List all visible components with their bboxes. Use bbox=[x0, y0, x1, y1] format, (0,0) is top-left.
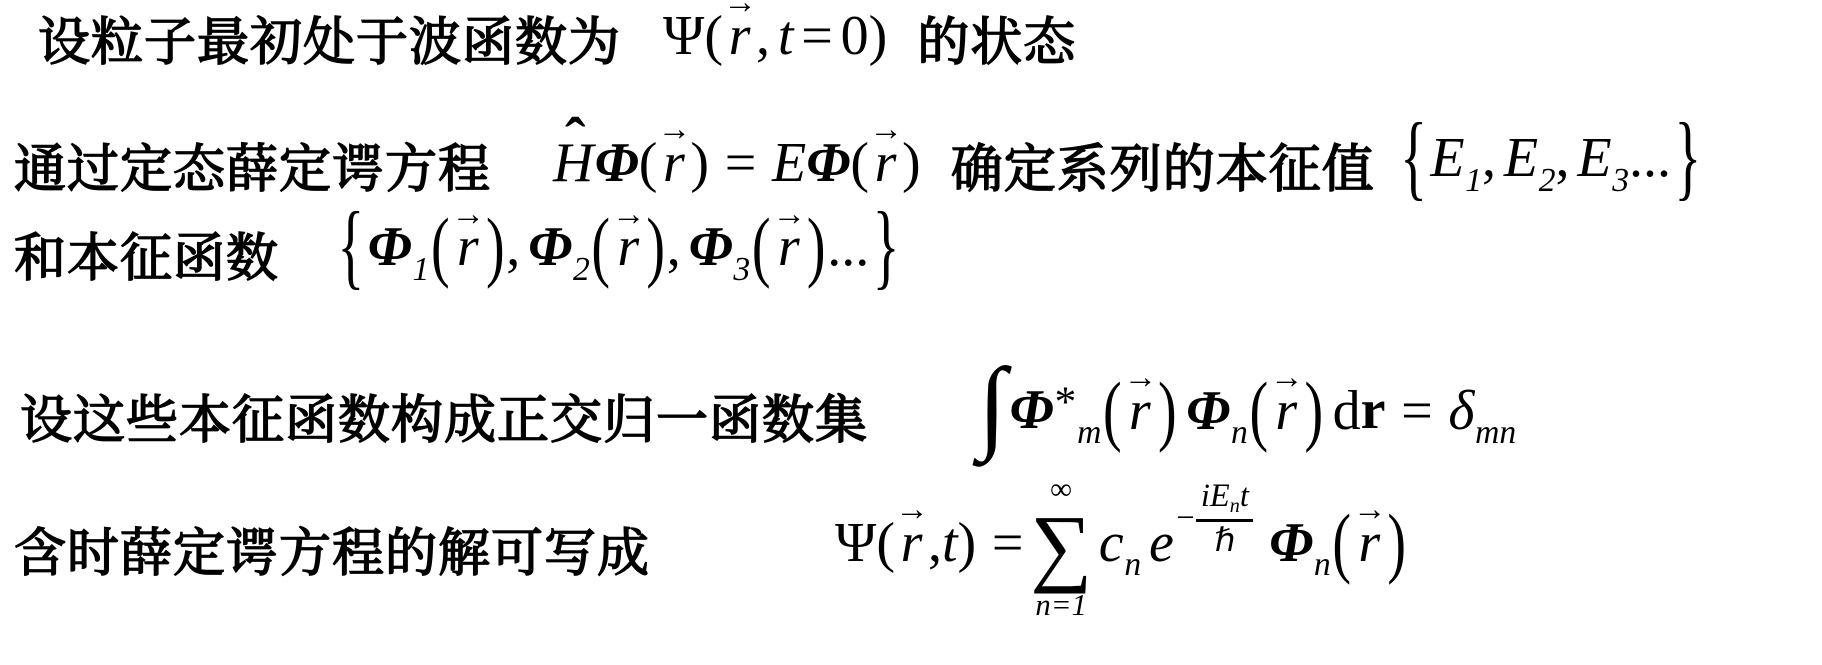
comma: , bbox=[1556, 127, 1570, 189]
line1-text-after: 的状态 bbox=[917, 0, 1076, 75]
equals-sign: = bbox=[725, 132, 757, 194]
subscript-3: 3 bbox=[1612, 162, 1629, 199]
t-symbol: t bbox=[1240, 478, 1249, 514]
phi-symbol: Φ bbox=[595, 132, 639, 194]
left-brace: { bbox=[337, 196, 364, 301]
subscript-1: 1 bbox=[1465, 162, 1482, 199]
line2-text-middle: 确定系列的本征值 bbox=[951, 127, 1375, 202]
E-symbol: E bbox=[1430, 127, 1464, 189]
line2-text-before: 通过定态薛定谔方程 bbox=[14, 127, 491, 202]
vector-arrow-icon: → bbox=[1353, 492, 1387, 529]
vector-r: →r bbox=[663, 133, 685, 195]
t-symbol: t bbox=[942, 512, 958, 574]
phi-symbol: Φ bbox=[806, 132, 850, 194]
equals-sign: = bbox=[801, 5, 833, 67]
lparen: ( bbox=[752, 205, 771, 291]
fraction-numerator: iEnt bbox=[1196, 480, 1253, 519]
lparen: ( bbox=[591, 205, 610, 291]
comma: , bbox=[928, 512, 942, 574]
line-initial-state: 设粒子最初处于波函数为 Ψ(→r,t=0) 的状态 bbox=[38, 2, 1076, 72]
subscript-2: 2 bbox=[573, 251, 590, 288]
exponent-phase-factor: −iEntℏ bbox=[1176, 480, 1253, 557]
subscript-mn: mn bbox=[1475, 414, 1516, 451]
subscript-n: n bbox=[1230, 495, 1240, 517]
comma: , bbox=[756, 5, 770, 67]
vector-r: →r bbox=[875, 133, 897, 195]
vector-arrow-icon: → bbox=[1270, 360, 1304, 397]
vector-arrow-icon: → bbox=[451, 197, 485, 234]
lparen: ( bbox=[704, 5, 723, 67]
line5-text-before: 含时薛定谔方程的解可写成 bbox=[14, 511, 650, 586]
initial-wavefunction-formula: Ψ(→r,t=0) bbox=[663, 6, 887, 68]
psi-symbol: Ψ bbox=[663, 5, 704, 67]
vector-arrow-icon: → bbox=[895, 492, 929, 529]
vector-r: →r bbox=[457, 217, 479, 279]
vector-arrow-icon: → bbox=[772, 197, 806, 234]
subscript-n: n bbox=[1124, 546, 1141, 583]
fraction-denominator: ℏ bbox=[1196, 519, 1253, 557]
vector-r: →r bbox=[901, 513, 923, 575]
eigenvalue-set-formula: {E1,E2,E3...} bbox=[1397, 128, 1705, 199]
zero: 0 bbox=[841, 5, 869, 67]
right-brace: } bbox=[873, 196, 900, 301]
rparen: ) bbox=[807, 205, 826, 291]
line3-text-before: 和本征函数 bbox=[14, 216, 279, 291]
lparen: ( bbox=[876, 512, 895, 574]
ellipsis: ... bbox=[827, 216, 869, 278]
phi-symbol: Φ bbox=[689, 216, 733, 278]
complex-conjugate-star: * bbox=[1055, 378, 1077, 426]
psi-symbol: Ψ bbox=[835, 512, 876, 574]
comma: , bbox=[1482, 127, 1496, 189]
rparen: ) bbox=[646, 205, 665, 291]
vector-arrow-icon: → bbox=[1123, 360, 1157, 397]
lecture-slide: 设粒子最初处于波函数为 Ψ(→r,t=0) 的状态 通过定态薛定谔方程 ˆHΦ(… bbox=[0, 0, 1822, 665]
hat-accent: ˆ bbox=[565, 107, 586, 175]
ellipsis: ... bbox=[1629, 127, 1671, 189]
left-brace: { bbox=[1400, 107, 1427, 212]
vector-r: →r bbox=[729, 6, 751, 68]
rparen: ) bbox=[486, 205, 505, 291]
vector-arrow-icon: → bbox=[612, 197, 646, 234]
equals-sign: = bbox=[992, 512, 1024, 574]
lparen: ( bbox=[850, 132, 869, 194]
lparen: ( bbox=[431, 205, 450, 291]
minus-sign: − bbox=[1176, 502, 1194, 534]
lparen: ( bbox=[639, 132, 658, 194]
rparen: ) bbox=[958, 512, 977, 574]
E-symbol: E bbox=[1577, 127, 1611, 189]
E-symbol: E bbox=[1210, 478, 1230, 514]
i-symbol: i bbox=[1201, 478, 1210, 514]
vector-arrow-icon: → bbox=[869, 112, 903, 149]
sigma-sum-icon: ∑ bbox=[1030, 505, 1092, 587]
subscript-3: 3 bbox=[733, 251, 750, 288]
comma: , bbox=[506, 216, 520, 278]
line1-text-before: 设粒子最初处于波函数为 bbox=[38, 0, 621, 75]
line-time-dependent-solution: 含时薛定谔方程的解可写成 Ψ(→r,t)=∞∑n=1cne−iEntℏΦn(→r… bbox=[14, 428, 1408, 665]
line-eigenfunctions: 和本征函数 {Φ1(→r),Φ2(→r),Φ3(→r)...} bbox=[14, 198, 903, 308]
right-brace: } bbox=[1674, 107, 1701, 212]
c-symbol: c bbox=[1099, 512, 1124, 574]
phi-symbol: Φ bbox=[528, 216, 572, 278]
subscript-n: n bbox=[1314, 546, 1331, 583]
hamiltonian-operator: ˆH bbox=[553, 133, 593, 195]
vector-arrow-icon: → bbox=[658, 112, 692, 149]
subscript-1: 1 bbox=[412, 251, 429, 288]
subscript-2: 2 bbox=[1539, 162, 1556, 199]
lower-limit: n=1 bbox=[1035, 588, 1087, 623]
hbar-symbol: ℏ bbox=[1215, 523, 1236, 559]
vector-r: →r bbox=[1358, 513, 1380, 575]
comma: , bbox=[667, 216, 681, 278]
general-solution-formula: Ψ(→r,t)=∞∑n=1cne−iEntℏΦn(→r) bbox=[835, 473, 1408, 623]
phi-symbol: Φ bbox=[1269, 512, 1313, 574]
rparen: ) bbox=[690, 132, 709, 194]
lparen: ( bbox=[1332, 501, 1351, 587]
rparen: ) bbox=[869, 5, 888, 67]
vector-arrow-icon: → bbox=[723, 0, 757, 22]
delta-symbol: δ bbox=[1448, 380, 1474, 442]
vector-r: →r bbox=[617, 217, 639, 279]
phase-fraction: iEntℏ bbox=[1196, 480, 1253, 557]
rparen: ) bbox=[902, 132, 921, 194]
phi-symbol: Φ bbox=[368, 216, 412, 278]
vector-r: →r bbox=[778, 217, 800, 279]
e-symbol: e bbox=[1149, 512, 1174, 574]
eigenfunction-set-formula: {Φ1(→r),Φ2(→r),Φ3(→r)...} bbox=[334, 217, 903, 288]
E-symbol: E bbox=[772, 132, 806, 194]
summation-operator: ∞∑n=1 bbox=[1030, 473, 1092, 623]
rparen: ) bbox=[1387, 501, 1406, 587]
E-symbol: E bbox=[1504, 127, 1538, 189]
t-symbol: t bbox=[778, 5, 794, 67]
stationary-schrodinger-equation: ˆHΦ(→r)=EΦ(→r) bbox=[553, 133, 921, 195]
